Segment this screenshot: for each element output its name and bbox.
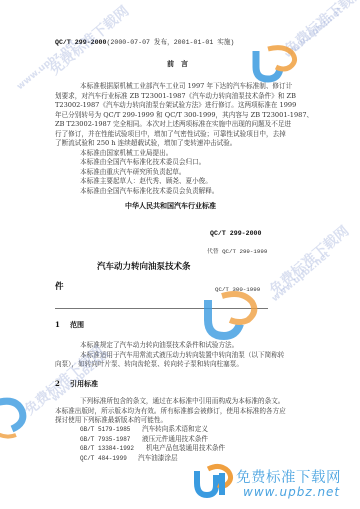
foreword-line: 划要求，对汽车行业标准 ZB T23001-1987《汽车动力转向油泵技术条件》… [55,92,296,101]
up-logo-icon [250,45,300,85]
brand-name: 免费标准下载网 [236,466,341,487]
standard-title: 汽车动力转向油泵技术条 [97,263,191,272]
section-2-text: 探讨使用下列标准最新版本的可能性。 [55,416,167,425]
foreword-line: 了断流试验和 250 h 连续超载试验，增加了变转速冲击试验。 [55,139,236,148]
foreword-line: 行了修订，并在性能试验项目中，增加了气密性试验；可靠性试验项目中，去掉 [55,130,286,139]
section-1-text: 向泵），如转向叶片泵、转向齿轮泵、转向转子泵和转向柱塞泵。 [55,360,243,369]
standard-org-title: 中华人民共和国汽车行业标准 [125,201,216,210]
section-2-heading: 引用标准 [70,379,98,388]
ref-name: 液压元件通用技术条件 [142,435,208,444]
foreword-proposer: 本标准由国家机械工业局提出。 [80,149,172,158]
standard-dates: (2000-07-07 发布，2001-01-01 实施) [106,39,234,46]
upbz-logo-icon [192,463,234,499]
standard-code-large: QC/T 299-2000 [210,229,261,238]
section-2-number: 2 [55,379,60,388]
section-1-heading: 范围 [70,320,84,329]
foreword-line: ZB T23002-1987 完全相同。本次对上述两项标准在实施中出现的问题及不… [55,120,291,129]
foreword-drafters: 本标准主要起草人：赵代秀、顾尧、夏小俊。 [80,177,212,186]
ref-name: 汽车油漆涂层 [138,454,178,463]
ref-code: GB/T 13384-1992 [80,444,134,453]
foreword-committee: 本标准由全国汽车标准化技术委员会归口。 [80,158,205,167]
foreword-drafter-org: 本标准由重庆汽车研究所负责起草。 [80,168,186,177]
document-page: QC/T 299-2000(2000-07-07 发布，2001-01-01 实… [0,0,360,509]
ref-name: 机电产品包装通用技术条件 [146,444,225,453]
up-logo-icon [200,290,260,345]
replaces-code: 代替 QC/T 299-1999 [207,247,267,256]
section-1-number: 1 [55,320,60,329]
section-1-text: 本标准适用于汽车用常流式液压动力转向装置中转向油泵（以下简称转 [80,351,284,360]
ref-code: QC/T 484-1999 [80,454,127,463]
foreword-title: 前 言 [167,59,188,68]
watermark-url: www.upbz.net [270,250,332,304]
section-2-text: 下列标准所包含的条文，通过在本标准中引用而构成为本标准的条文。 [80,397,284,406]
ref-code: GB/T 7935-1987 [80,435,130,444]
up-logo-icon [0,395,28,443]
ref-code: GB/T 5179-1985 [80,425,130,434]
brand-url: www.upbz.net [243,485,340,499]
ref-name: 汽车转向系术语和定义 [142,425,208,434]
foreword-interpretation: 本标准由全国汽车标准化技术委员会负责解释。 [80,187,218,196]
standard-code: QC/T 299-2000 [55,39,106,46]
section-2-text: 本标准出版时，所示版本均为有效。所有标准都会被修订，使用本标准的各方应 [55,407,286,416]
standard-header: QC/T 299-2000(2000-07-07 发布，2001-01-01 实… [55,38,234,47]
standard-title-cont: 件 [55,283,64,292]
foreword-line: T23002-1987《汽车动力转向油泵台架试验方法》进行修订。这两项标准在 1… [55,101,296,110]
foreword-line: 年已分别转号为 QC/T 299-1999 和 QC/T 300-1999，其内… [55,111,313,120]
watermark-text: 免费标准下载网 [265,221,353,299]
